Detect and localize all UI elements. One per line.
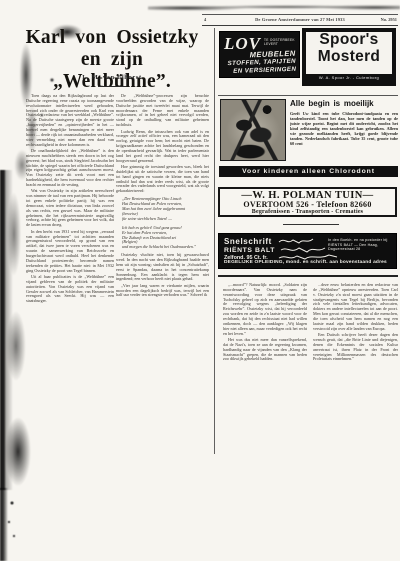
masthead: 4 De Groene Amsterdammer van 27 Mei 1933… [202,16,398,24]
polman-address-line: OVERTOOM 526 - Telefoon 82660 [220,201,395,210]
masthead-rule-bottom [202,25,398,26]
snelschrift-order-info: In den Boekh. en na postorder bij RIËNTS… [328,238,392,252]
article-column-3: „...moord”? Natuurlijk: moord. „Soldaten… [223,283,307,453]
headline-line-1: Karl von Ossietzky [24,27,200,49]
article-column-4: ...deze eeuw belasterden en den redacteu… [313,283,398,453]
article-headline: Karl von Ossietzky en zijn „Weltbühne”. [24,27,200,93]
snelschrift-shorthand-ad: Snelschrift RIËNTS BALT Zelfond. 95 Ct. … [218,233,397,269]
scan-artifact-left-bottom [0,488,22,561]
lov-furniture-ad: LOV TE OOSTERBEEK LEVERT MEUBELEN STOFFE… [219,31,300,78]
thick-separator-rule [218,275,398,277]
spoors-footer: W. A. Spoor Jr. - Culemborg [306,74,392,82]
chlorodont-headline: Alle begin is moeilijk [290,99,398,109]
ad-separator-rule [218,95,398,96]
chlorodont-body-text: Geeft Uw kind een tube Chlorodont-tandpa… [290,111,398,147]
chlorodont-illustration [220,99,286,161]
column-2-text-after-verse: Ossietzky vluchtte niet, toen hij gewaar… [116,253,209,298]
lov-product-lines: MEUBELEN STOFFEN, TAPIJTEN EN VERSIERING… [222,50,297,76]
spoors-brand-line-1: Spoor's [306,32,392,49]
scan-artifact-top-edge [148,2,400,13]
byline-rule [98,86,126,87]
chlorodont-ad-text: Alle begin is moeilijk Geeft Uw kind een… [290,99,398,163]
snelschrift-author: RIËNTS BALT [224,247,275,255]
snelschrift-title: Snelschrift [224,237,272,246]
polman-services-line: Begrafenissen - Transporten - Crematies [220,209,395,216]
spoors-brand-line-2: Mosterd [306,49,392,66]
article-column-1: Toen daags na den Rijksdagbrand op last … [26,94,114,456]
article-byline: L. M. van Elhorst [24,74,200,82]
german-verse-quote: „Der Rentenempfänger Otto LinschHat Deut… [122,197,209,250]
chlorodont-slogan-bar: Voor kinderen alleen Chlorodont [219,166,398,177]
article-column-2: De „Weltbühne”-processen zijn beruchte v… [116,94,209,456]
polman-name-line: —W. H. POLMAN TUIN— [220,190,395,201]
column-2-text-before-verse: De „Weltbühne”-processen zijn beruchte v… [116,94,209,194]
spoors-mosterd-ad: Spoor's Mosterd W. A. Spoor Jr. - Culemb… [302,28,396,86]
masthead-rule-top [202,14,398,15]
issue-number: No. 2951 [381,16,397,24]
small-separator-rule [283,224,339,225]
spoors-ad-inner: Spoor's Mosterd W. A. Spoor Jr. - Culemb… [306,32,392,82]
snelschrift-training-line: DEGELIJKE OPLEIDING, mond. en schrift. a… [224,260,392,266]
column-divider-rule [214,28,215,454]
newspaper-page: 4 De Groene Amsterdammer van 27 Mei 1933… [0,0,400,561]
lov-tagline: TE OOSTERBEEK LEVERT [264,35,299,46]
masthead-title: De Groene Amsterdammer van 27 Mei 1933 [202,16,398,24]
polman-funeral-ad: —W. H. POLMAN TUIN— OVERTOOM 526 - Telef… [218,187,397,217]
